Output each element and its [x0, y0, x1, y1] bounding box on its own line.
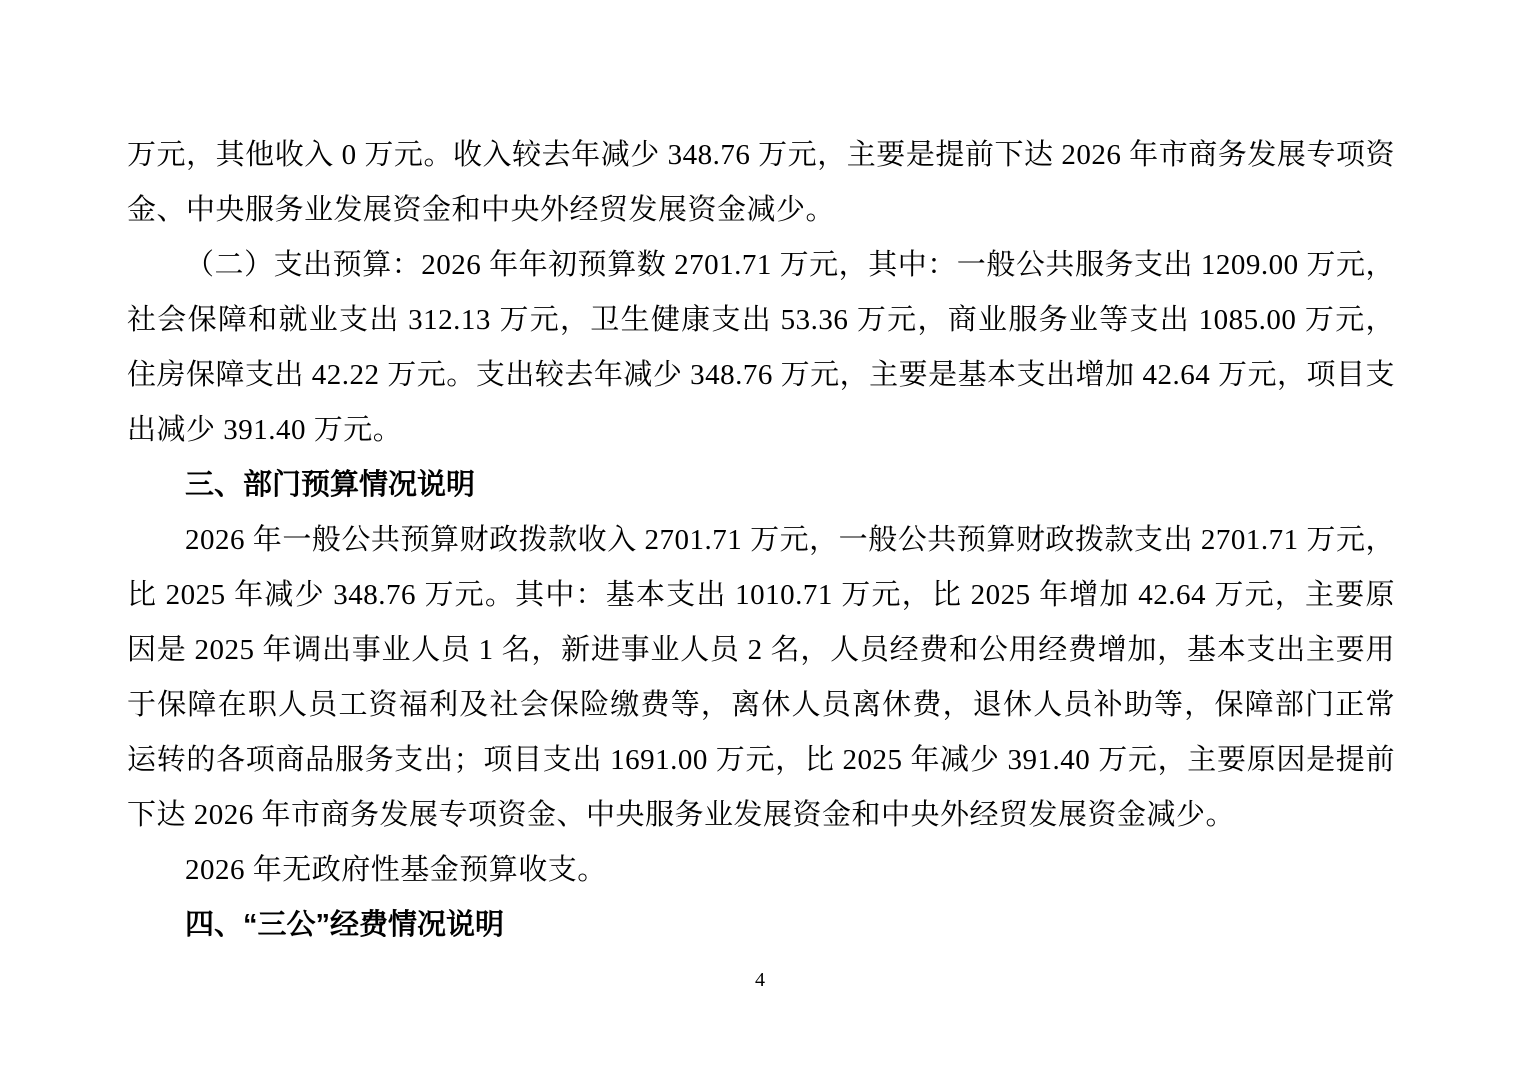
paragraph-no-government-fund: 2026 年无政府性基金预算收支。 — [127, 843, 1395, 898]
page-number: 4 — [0, 968, 1520, 992]
section-heading-three-department-budget: 三、部门预算情况说明 — [127, 458, 1395, 513]
paragraph-budget-explanation: 2026 年一般公共预算财政拨款收入 2701.71 万元，一般公共预算财政拨款… — [127, 513, 1395, 843]
paragraph-income-continuation: 万元，其他收入 0 万元。收入较去年减少 348.76 万元，主要是提前下达 2… — [127, 128, 1395, 238]
paragraph-expenditure-budget: （二）支出预算：2026 年年初预算数 2701.71 万元，其中：一般公共服务… — [127, 238, 1395, 458]
section-heading-four-three-public-expenses: 四、“三公”经费情况说明 — [127, 898, 1395, 953]
document-page: 万元，其他收入 0 万元。收入较去年减少 348.76 万元，主要是提前下达 2… — [0, 0, 1520, 1074]
